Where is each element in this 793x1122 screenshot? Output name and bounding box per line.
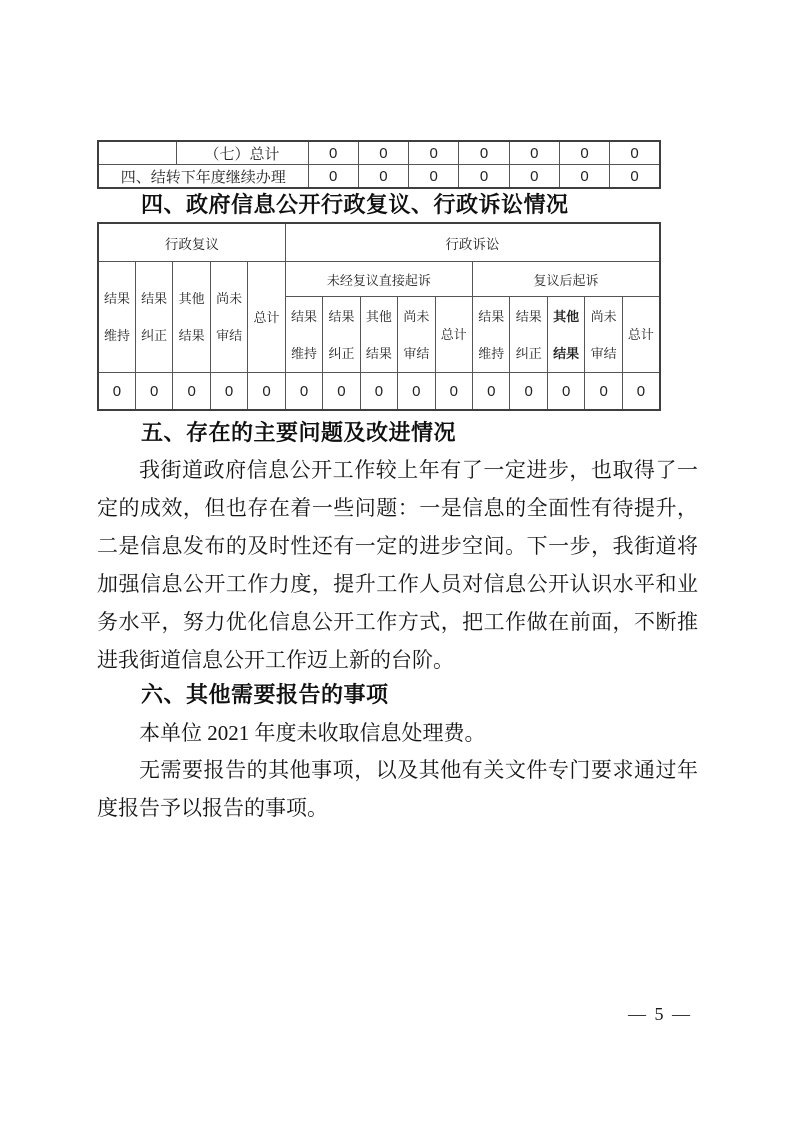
header-line: 结果 — [173, 317, 209, 354]
header-line: 总计 — [623, 316, 659, 353]
column-header: 其他结果 — [547, 297, 584, 373]
cell-value: 0 — [473, 373, 510, 411]
cell-value: 0 — [547, 373, 584, 411]
header-line: 总计 — [248, 299, 284, 336]
cell-value: 0 — [360, 373, 397, 411]
cell-value: 0 — [285, 373, 322, 411]
column-header: 结果纠正 — [510, 297, 547, 373]
header-line: 结果 — [510, 298, 546, 335]
column-header: 尚未审结 — [398, 297, 435, 373]
header-line: 审结 — [211, 317, 247, 354]
cell-value: 0 — [610, 141, 660, 165]
header-line: 审结 — [398, 335, 434, 372]
header-line: 维持 — [473, 335, 509, 372]
group-header-litigation: 行政诉讼 — [285, 223, 660, 262]
header-line: 尚未 — [585, 298, 621, 335]
category-cell — [98, 141, 176, 165]
header-line: 审结 — [585, 335, 621, 372]
header-line: 尚未 — [398, 298, 434, 335]
cell-value: 0 — [559, 141, 609, 165]
section-heading-five: 五、存在的主要问题及改进情况 — [97, 420, 701, 446]
column-header: 结果纠正 — [135, 262, 172, 373]
cell-value: 0 — [308, 165, 358, 189]
litigation-table: 行政复议 行政诉讼 结果维持 结果纠正 其他结果 尚未审结 总计 未经复议直接起… — [97, 222, 661, 411]
column-header: 总计 — [622, 297, 660, 373]
cell-value: 0 — [585, 373, 622, 411]
cell-value: 0 — [509, 141, 559, 165]
header-line: 其他 — [173, 280, 209, 317]
section-five-paragraph: 我街道政府信息公开工作较上年有了一定进步，也取得了一定的成效，但也存在着一些问题… — [97, 451, 698, 679]
group-header-row: 行政复议 行政诉讼 — [98, 223, 660, 262]
header-line: 维持 — [99, 317, 135, 354]
header-line: 总计 — [436, 316, 472, 353]
cell-value: 0 — [510, 373, 547, 411]
column-header: 结果维持 — [285, 297, 322, 373]
cell-value: 0 — [358, 165, 408, 189]
cell-value: 0 — [398, 373, 435, 411]
document-page: （七）总计 0 0 0 0 0 0 0 四、结转下年度继续办理 0 0 0 0 … — [0, 0, 793, 1122]
column-header: 其他结果 — [360, 297, 397, 373]
column-header: 尚未审结 — [585, 297, 622, 373]
section-heading-four: 四、政府信息公开行政复议、行政诉讼情况 — [97, 192, 701, 218]
cell-value: 0 — [409, 141, 459, 165]
table-row: （七）总计 0 0 0 0 0 0 0 — [98, 141, 660, 165]
carryover-table: （七）总计 0 0 0 0 0 0 0 四、结转下年度继续办理 0 0 0 0 … — [97, 140, 661, 189]
cell-value: 0 — [210, 373, 247, 411]
cell-value: 0 — [323, 373, 360, 411]
page-number: — 5 — — [594, 1004, 726, 1025]
cell-value: 0 — [509, 165, 559, 189]
row-label: （七）总计 — [176, 141, 308, 165]
cell-value: 0 — [308, 141, 358, 165]
subgroup-header-direct-suit: 未经复议直接起诉 — [285, 262, 472, 297]
subgroup-header-row: 结果维持 结果纠正 其他结果 尚未审结 总计 未经复议直接起诉 复议后起诉 — [98, 262, 660, 297]
header-line: 纠正 — [510, 335, 546, 372]
data-row: 0 0 0 0 0 0 0 0 0 0 0 0 0 0 0 — [98, 373, 660, 411]
header-line: 其他 — [361, 298, 397, 335]
cell-value: 0 — [435, 373, 472, 411]
header-line: 结果 — [548, 335, 584, 372]
header-line: 纠正 — [136, 317, 172, 354]
cell-value: 0 — [459, 141, 509, 165]
header-line: 结果 — [361, 335, 397, 372]
cell-value: 0 — [358, 141, 408, 165]
column-header: 其他结果 — [173, 262, 210, 373]
column-header: 尚未审结 — [210, 262, 247, 373]
cell-value: 0 — [409, 165, 459, 189]
column-header: 总计 — [435, 297, 472, 373]
group-header-review: 行政复议 — [98, 223, 285, 262]
subgroup-header-after-review-suit: 复议后起诉 — [473, 262, 660, 297]
cell-value: 0 — [98, 373, 135, 411]
cell-value: 0 — [559, 165, 609, 189]
table-row: 四、结转下年度继续办理 0 0 0 0 0 0 0 — [98, 165, 660, 189]
cell-value: 0 — [173, 373, 210, 411]
cell-value: 0 — [248, 373, 285, 411]
row-label: 四、结转下年度继续办理 — [98, 165, 308, 189]
cell-value: 0 — [610, 165, 660, 189]
section-six-paragraph-1: 本单位 2021 年度未收取信息处理费。 — [97, 714, 698, 752]
column-header: 结果维持 — [473, 297, 510, 373]
header-line: 纠正 — [323, 335, 359, 372]
cell-value: 0 — [135, 373, 172, 411]
cell-value: 0 — [622, 373, 660, 411]
header-line: 结果 — [473, 298, 509, 335]
header-line: 尚未 — [211, 280, 247, 317]
header-line: 结果 — [99, 280, 135, 317]
header-line: 结果 — [136, 280, 172, 317]
header-line: 结果 — [286, 298, 322, 335]
header-line: 结果 — [323, 298, 359, 335]
header-line: 维持 — [286, 335, 322, 372]
cell-value: 0 — [459, 165, 509, 189]
header-line: 其他 — [548, 298, 584, 335]
column-header: 总计 — [248, 262, 285, 373]
section-six-paragraph-2: 无需要报告的其他事项，以及其他有关文件专门要求通过年度报告予以报告的事项。 — [97, 751, 698, 827]
column-header: 结果维持 — [98, 262, 135, 373]
section-heading-six: 六、其他需要报告的事项 — [97, 682, 701, 708]
column-header: 结果纠正 — [323, 297, 360, 373]
